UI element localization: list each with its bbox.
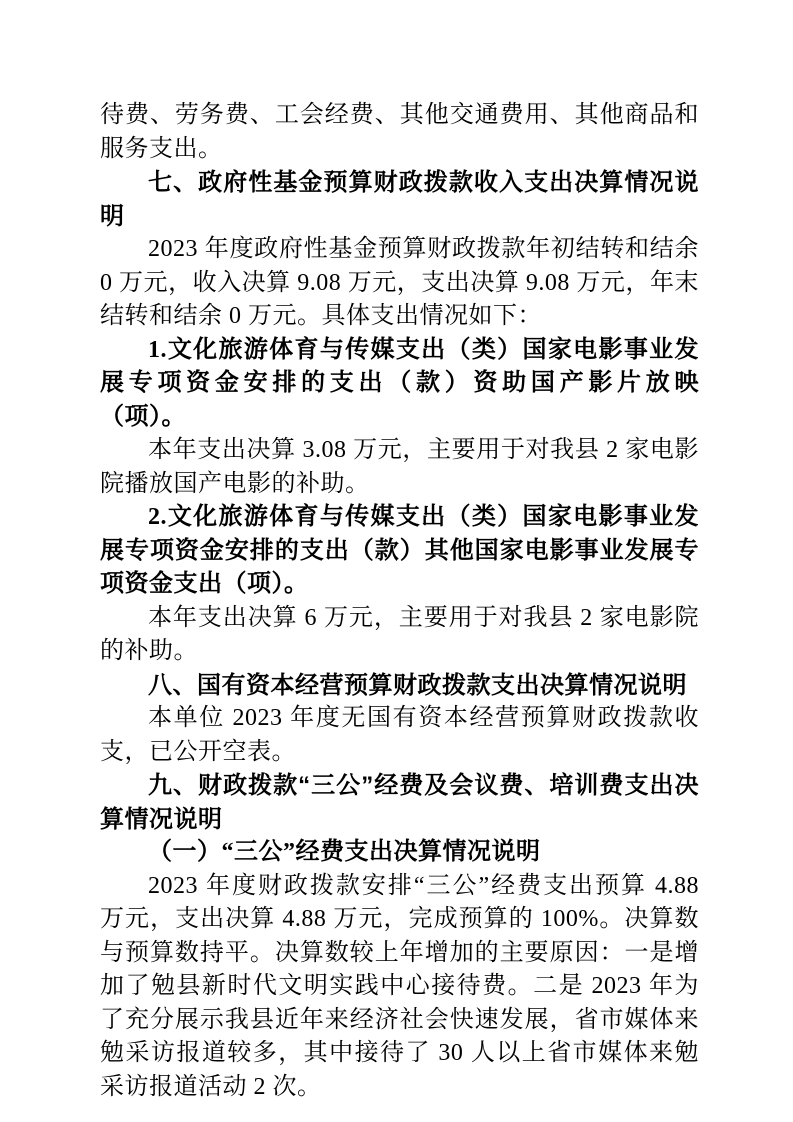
document-page: 待费、劳务费、工会经费、其他交通费用、其他商品和服务支出。 七、政府性基金预算财… [0, 0, 793, 1122]
heading-section-7-gov-fund-budget: 七、政府性基金预算财政拨款收入支出决算情况说明 [100, 166, 699, 233]
para-gov-fund-summary: 2023 年度政府性基金预算财政拨款年初结转和结余 0 万元，收入决算 9.08… [100, 233, 699, 334]
para-three-public-detail: 2023 年度财政拨款安排“三公”经费支出预算 4.88 万元，支出决算 4.8… [100, 870, 699, 1105]
para-item-2-detail: 本年支出决算 6 万元，主要用于对我县 2 家电影院的补助。 [100, 602, 699, 669]
para-item-1-detail: 本年支出决算 3.08 万元，主要用于对我县 2 家电影院播放国产电影的补助。 [100, 434, 699, 501]
heading-section-8-state-capital: 八、国有资本经营预算财政拨款支出决算情况说明 [100, 669, 699, 703]
para-other-expenses-continuation: 待费、劳务费、工会经费、其他交通费用、其他商品和服务支出。 [100, 99, 699, 166]
item-2-other-film-fund-heading: 2.文化旅游体育与传媒支出（类）国家电影事业发展专项资金安排的支出（款）其他国家… [100, 501, 699, 602]
heading-section-9-three-public-funds: 九、财政拨款“三公”经费及会议费、培训费支出决算情况说明 [100, 769, 699, 836]
subheading-three-public-expense: （一）“三公”经费支出决算情况说明 [100, 836, 699, 870]
para-state-capital-note: 本单位 2023 年度无国有资本经营预算财政拨款收支，已公开空表。 [100, 702, 699, 769]
item-1-film-subsidy-heading: 1.文化旅游体育与传媒支出（类）国家电影事业发展专项资金安排的支出（款）资助国产… [100, 334, 699, 435]
